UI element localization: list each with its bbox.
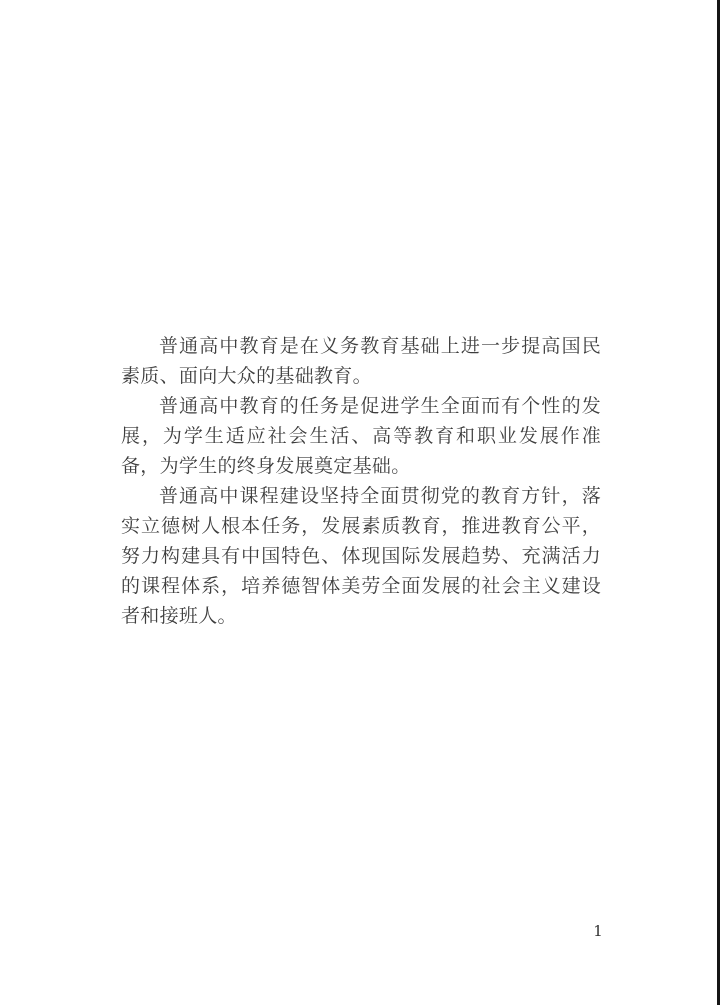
paragraph-2: 普通高中教育的任务是促进学生全面而有个性的发展，为学生适应社会生活、高等教育和职… <box>121 391 601 481</box>
page-number: 1 <box>588 922 608 940</box>
paragraph-1: 普通高中教育是在义务教育基础上进一步提高国民素质、面向大众的基础教育。 <box>121 331 601 391</box>
paragraph-3: 普通高中课程建设坚持全面贯彻党的教育方针，落实立德树人根本任务，发展素质教育，推… <box>121 481 601 631</box>
body-text: 普通高中教育是在义务教育基础上进一步提高国民素质、面向大众的基础教育。 普通高中… <box>121 331 601 631</box>
document-page: 普通高中教育是在义务教育基础上进一步提高国民素质、面向大众的基础教育。 普通高中… <box>0 0 720 1005</box>
